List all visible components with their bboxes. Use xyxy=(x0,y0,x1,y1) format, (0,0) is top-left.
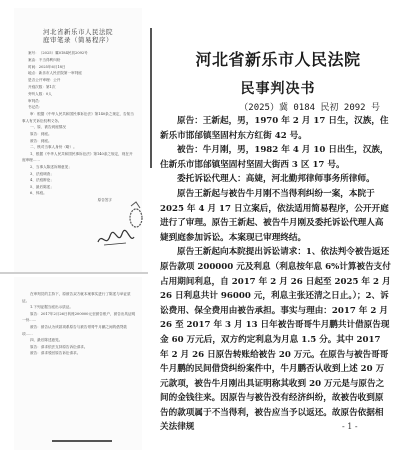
plaintiff-paragraph: 原告：王新起，男，1970 年 2 月 17 日生，汉族，住新乐市邯邰镇坚固村东… xyxy=(160,114,392,143)
record-paragraph: 被告：被告认为该款项系原告与被告哥哥牛月鹏之间的借贷款项…… xyxy=(14,324,142,337)
record-paragraph: 在审判员的主持下，原被告双方就本案事实进行了陈述与举证质证。 xyxy=(14,291,142,304)
fingerprint-stamp-icon xyxy=(128,200,144,230)
page-bottom-bar xyxy=(52,440,112,442)
page-number: - 1 - xyxy=(342,422,358,431)
record-paragraph: 5、最后陈述； xyxy=(14,184,142,191)
defendant-paragraph: 被告：牛月刚，男，1982 年 4 月 10 日出生，汉族，住新乐市邯邰镇坚固村… xyxy=(160,143,392,172)
record-line: 旁听人数：0人 xyxy=(14,91,142,98)
record-paragraph: 原告：请求依法支持原告诉讼请求。 xyxy=(14,344,142,351)
case-intro-paragraph: 原告王新起与被告牛月刚不当得利纠纷一案，本院于 2025 年 4 月 17 日立… xyxy=(160,187,392,245)
record-paragraph: 被告：请求驳回原告诉讼请求。 xyxy=(14,350,142,357)
judgment-body: 原告：王新起，男，1970 年 2 月 17 日生，汉族，住新乐市邯邰镇坚固村东… xyxy=(150,114,406,435)
court-name: 河北省新乐市人民法院 xyxy=(150,50,406,70)
record-paragraph: 一、原、被告到庭情况 xyxy=(14,124,142,131)
judgment-page: 河北省新乐市人民法院 民事判决书 （2025）冀 0184 民初 2092 号 … xyxy=(150,28,406,450)
agent-paragraph: 委托诉讼代理人：高婕，河北勤邦律师事务所律师。 xyxy=(160,172,392,187)
claims-paragraph: 原告王新起向本院提出诉讼请求：1、依法判令被告返还原告款项 200000 元及利… xyxy=(160,245,392,435)
record-line: 时间：2025年6月18日 xyxy=(14,64,142,71)
record-title-line1: 河北省新乐市人民法院 xyxy=(14,28,142,36)
case-number: （2025）冀 0184 民初 2092 号 xyxy=(150,102,406,114)
record-paragraph: 被告：到庭。 xyxy=(14,138,142,145)
record-paragraph: 3、法庭调查； xyxy=(14,171,142,178)
record-paragraph: 原告：2017年2月26日转账200000元至被告账户，被告出具证明一份…… xyxy=(14,311,142,324)
record-title-line2: 庭审笔录（简易程序） xyxy=(14,36,142,44)
record-paragraph: 2、当事人陈述诉辩意见； xyxy=(14,164,142,171)
record-paragraph: 1.下列证据当庭出示质证。 xyxy=(14,304,142,311)
page-divider xyxy=(0,272,148,274)
record-paragraph: 原告：到庭。 xyxy=(14,131,142,138)
signature-label: 原告签字 xyxy=(14,197,142,204)
record-line: 开庭次数：第1次 xyxy=(14,84,142,91)
record-paragraph: 6、休庭。 xyxy=(14,190,142,197)
record-paragraph: 4、法庭辩论； xyxy=(14,177,142,184)
record-paragraph: 四、最后陈述意见。 xyxy=(14,337,142,344)
page-edge-line xyxy=(150,28,152,168)
record-line: 是否公开审理：公开 xyxy=(14,77,142,84)
record-paragraph: 二、核对当事人身份（略）。 xyxy=(14,144,142,151)
record-paragraph: 1、根据《中华人民共和国民事诉讼法》第140条之规定，现在开庭审理…… xyxy=(14,151,142,164)
record-line: 案号：（2025）冀0184民初2092号 xyxy=(14,50,142,57)
hearing-record-continued-page: 在审判员的主持下，原被告双方就本案事实进行了陈述与举证质证。 1.下列证据当庭出… xyxy=(14,277,142,450)
record-line: 案由：不当得利纠纷 xyxy=(14,57,142,64)
record-line: 书记员： xyxy=(14,104,142,111)
record-line: 地点：新乐市人民法院第一审判庭 xyxy=(14,70,142,77)
record-paragraph: 审：根据《中华人民共和国民事诉讼法》第140条之规定，告知当事人有关诉讼权利义务… xyxy=(14,111,142,124)
document-type: 民事判决书 xyxy=(150,80,406,98)
handwritten-signature-icon xyxy=(96,228,136,250)
record-line: 审判员： xyxy=(14,98,142,105)
